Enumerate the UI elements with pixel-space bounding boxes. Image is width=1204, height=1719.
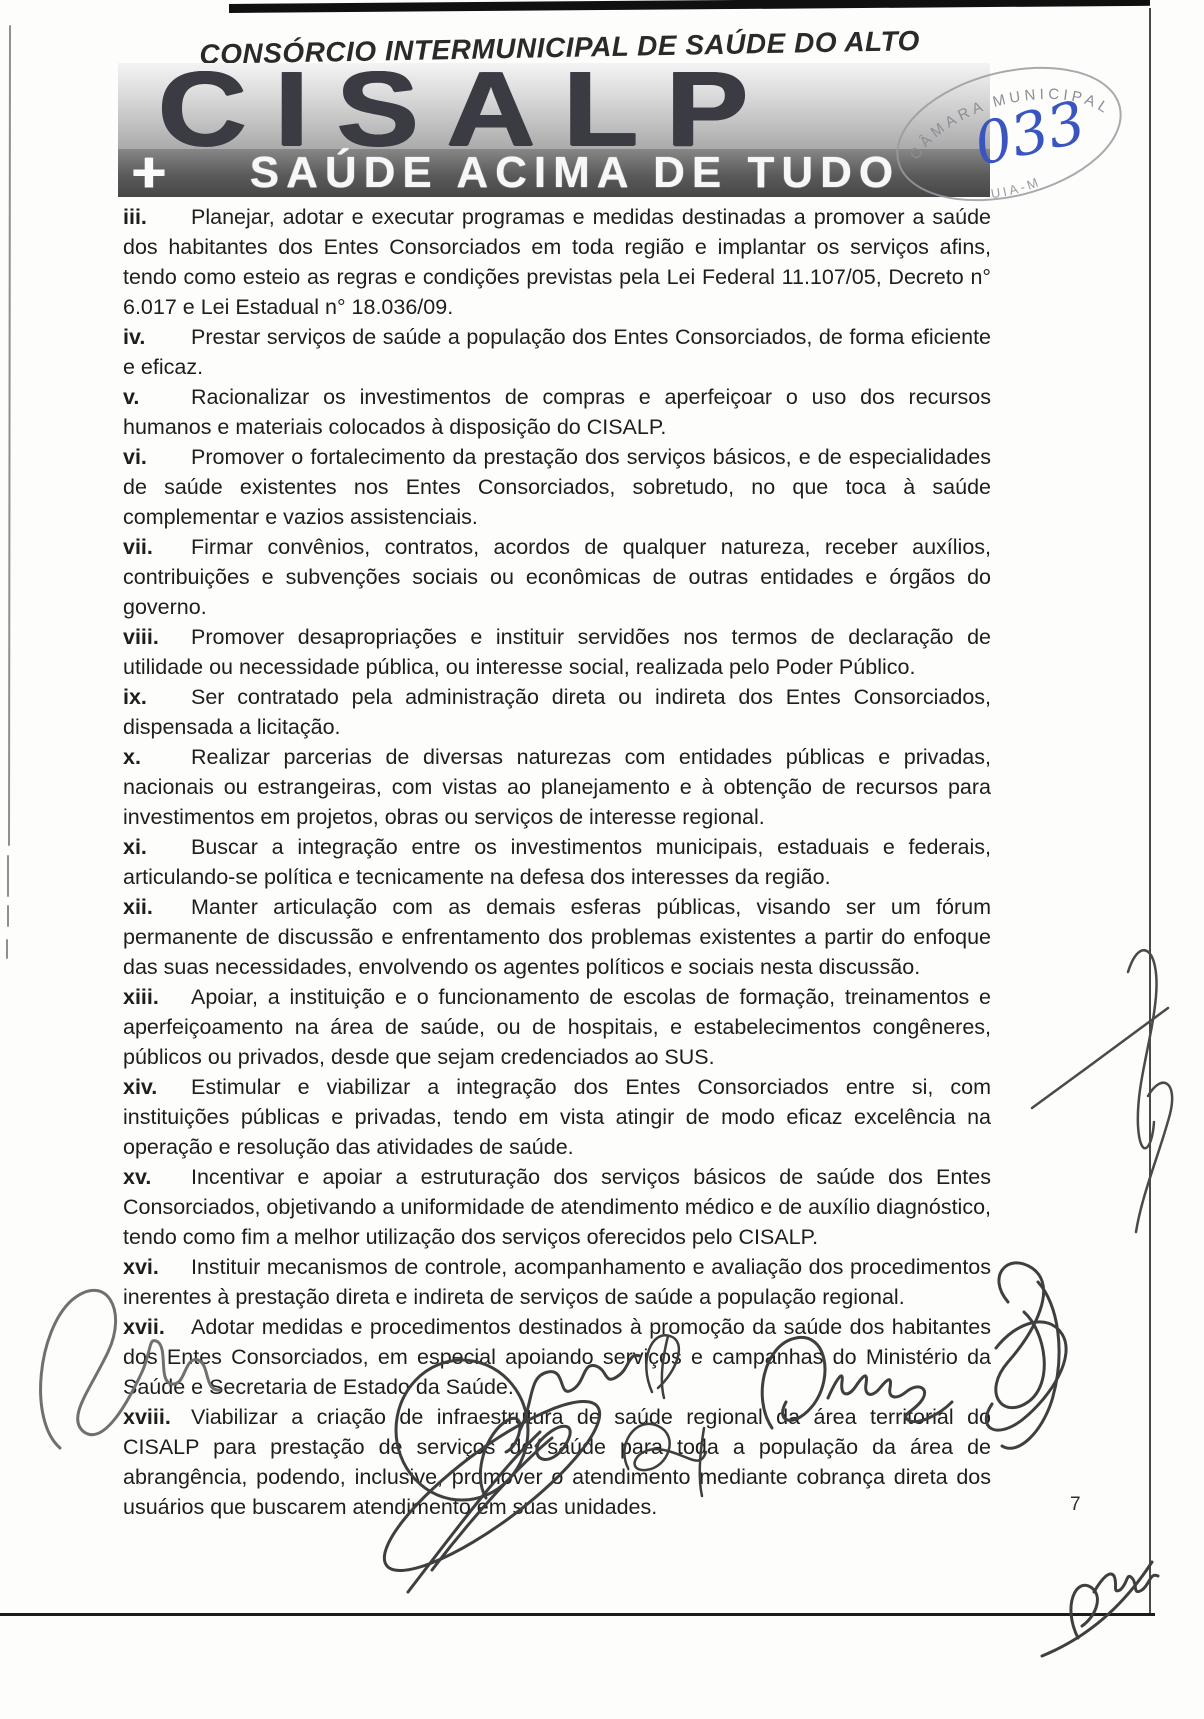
list-item-x: x.Realizar parcerias de diversas naturez…	[123, 742, 991, 832]
item-text: Racionalizar os investimentos de compras…	[123, 385, 991, 439]
cisalp-logo: CISALP + SAÚDE ACIMA DE TUDO	[118, 63, 990, 197]
list-item-viii: viii.Promover desapropriações e institui…	[123, 622, 991, 682]
logo-slogan: SAÚDE ACIMA DE TUDO	[166, 148, 984, 198]
list-item-vi: vi.Promover o fortalecimento da prestaçã…	[123, 442, 991, 532]
item-numeral: ix.	[123, 682, 191, 712]
item-text: Adotar medidas e procedimentos destinado…	[123, 1315, 991, 1399]
item-numeral: x.	[123, 742, 191, 772]
item-numeral: xi.	[123, 832, 191, 862]
item-numeral: xvii.	[123, 1312, 191, 1342]
item-text: Ser contratado pela administração direta…	[123, 685, 991, 739]
item-text: Apoiar, a instituição e o funcionamento …	[123, 985, 991, 1069]
item-numeral: xvi.	[123, 1252, 191, 1282]
item-text: Viabilizar a criação de infraestrutura d…	[123, 1405, 991, 1519]
item-text: Instituir mecanismos de controle, acompa…	[123, 1255, 991, 1309]
medical-cross-icon: +	[132, 151, 166, 195]
list-item-xvii: xvii.Adotar medidas e procedimentos dest…	[123, 1312, 991, 1402]
list-item-vii: vii.Firmar convênios, contratos, acordos…	[123, 532, 991, 622]
council-stamp: CÂMARA MUNICIPAL UIA-M 033	[878, 46, 1140, 222]
document-body: iii.Planejar, adotar e executar programa…	[123, 202, 991, 1522]
item-numeral: xv.	[123, 1162, 191, 1192]
list-item-xv: xv.Incentivar e apoiar a estruturação do…	[123, 1162, 991, 1252]
item-text: Realizar parcerias de diversas naturezas…	[123, 745, 991, 829]
stamp-bottom-text: UIA-M	[988, 173, 1043, 202]
list-item-xii: xii.Manter articulação com as demais esf…	[123, 892, 991, 982]
signature-corner-flourish	[1042, 1562, 1158, 1656]
item-numeral: xviii.	[123, 1402, 191, 1432]
item-numeral: v.	[123, 382, 191, 412]
item-text: Manter articulação com as demais esferas…	[123, 895, 991, 979]
item-numeral: xiii.	[123, 982, 191, 1012]
list-item-xi: xi.Buscar a integração entre os investim…	[123, 832, 991, 892]
item-text: Incentivar e apoiar a estruturação dos s…	[123, 1165, 991, 1249]
item-text: Prestar serviços de saúde a população do…	[123, 325, 991, 379]
scanned-document-page: CONSÓRCIO INTERMUNICIPAL DE SAÚDE DO ALT…	[0, 0, 1204, 1719]
item-numeral: xii.	[123, 892, 191, 922]
item-text: Promover desapropriações e instituir ser…	[123, 625, 991, 679]
item-text: Buscar a integração entre os investiment…	[123, 835, 991, 889]
list-item-xiii: xiii.Apoiar, a instituição e o funcionam…	[123, 982, 991, 1072]
list-item-v: v.Racionalizar os investimentos de compr…	[123, 382, 991, 442]
list-item-ix: ix.Ser contratado pela administração dir…	[123, 682, 991, 742]
item-text: Promover o fortalecimento da prestação d…	[123, 445, 991, 529]
item-numeral: xiv.	[123, 1072, 191, 1102]
page-bottom-border	[0, 1613, 1155, 1616]
item-text: Estimular e viabilizar a integração dos …	[123, 1075, 991, 1159]
scan-edge-line	[7, 26, 10, 958]
list-item-xvi: xvi.Instituir mecanismos de controle, ac…	[123, 1252, 991, 1312]
logo-slogan-band: + SAÚDE ACIMA DE TUDO	[118, 149, 990, 197]
item-numeral: viii.	[123, 622, 191, 652]
list-item-iii: iii.Planejar, adotar e executar programa…	[123, 202, 991, 322]
list-item-xiv: xiv.Estimular e viabilizar a integração …	[123, 1072, 991, 1162]
item-numeral: vii.	[123, 532, 191, 562]
signature-rubric-dense	[986, 1263, 1066, 1448]
list-item-xviii: xviii.Viabilizar a criação de infraestru…	[123, 1402, 991, 1522]
item-text: Firmar convênios, contratos, acordos de …	[123, 535, 991, 619]
item-numeral: vi.	[123, 442, 191, 472]
item-text: Planejar, adotar e executar programas e …	[123, 205, 991, 319]
signature-rubric-margin	[1032, 950, 1172, 1232]
list-item-iv: iv.Prestar serviços de saúde a população…	[123, 322, 991, 382]
svg-text:UIA-M: UIA-M	[988, 173, 1043, 202]
page-number: 7	[1070, 1494, 1081, 1516]
page-right-border	[1149, 8, 1151, 1614]
item-numeral: iii.	[123, 202, 191, 232]
page-top-border	[229, 0, 1150, 13]
item-numeral: iv.	[123, 322, 191, 352]
